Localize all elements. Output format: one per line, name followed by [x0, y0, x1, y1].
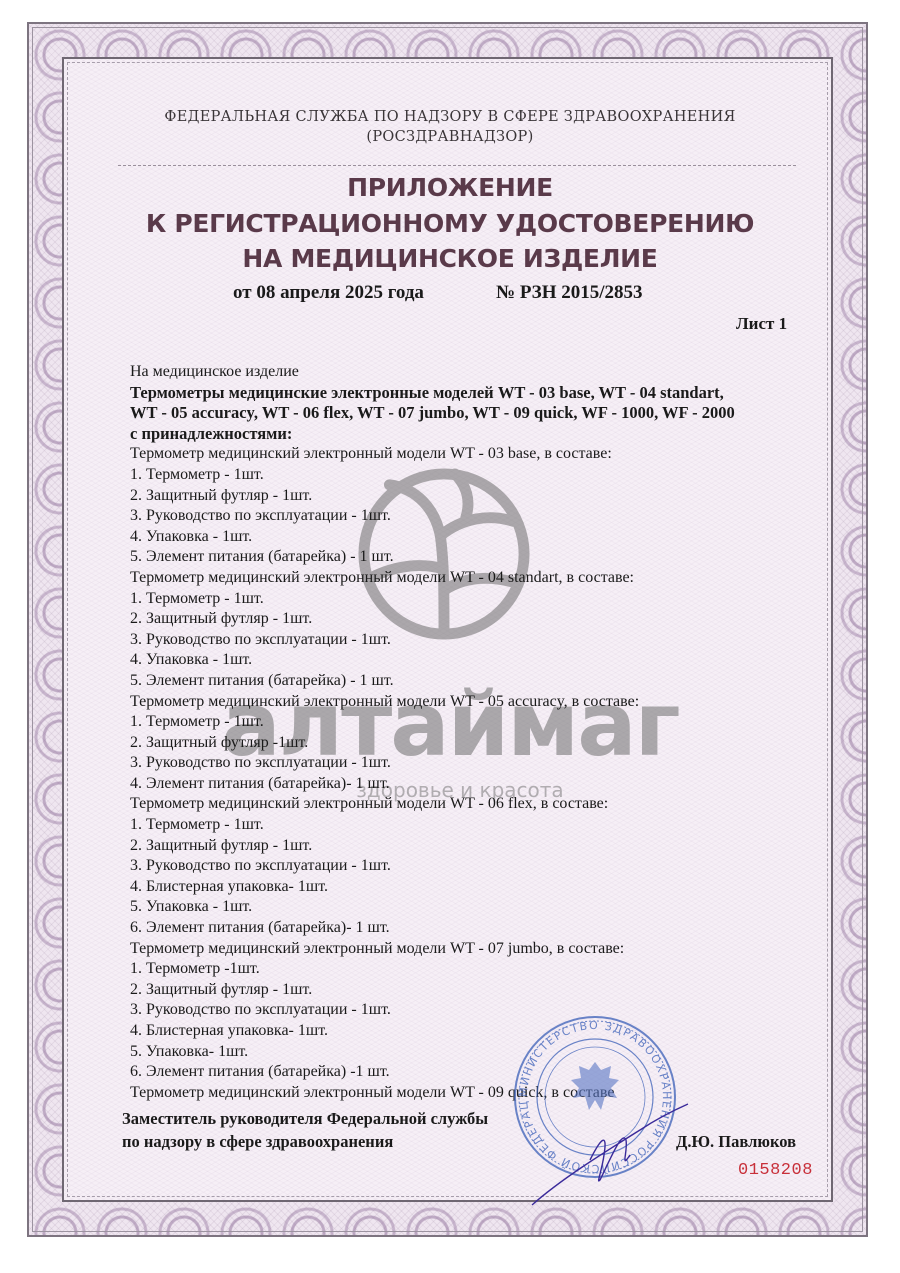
component-item: 4. Упаковка - 1шт.: [130, 650, 810, 671]
component-item: 6. Элемент питания (батарейка) -1 шт.: [130, 1062, 810, 1083]
component-item: 2. Защитный футляр - 1шт.: [130, 836, 810, 857]
component-item: 2. Защитный футляр - 1шт.: [130, 980, 810, 1001]
component-item: 1. Термометр - 1шт.: [130, 465, 810, 486]
product-line: с принадлежностями:: [130, 424, 810, 445]
component-item: 3. Руководство по эксплуатации - 1шт.: [130, 1000, 810, 1021]
component-item: 3. Руководство по эксплуатации - 1шт.: [130, 630, 810, 651]
model-heading: Термометр медицинский электронный модели…: [130, 794, 810, 815]
model-heading: Термометр медицинский электронный модели…: [130, 568, 810, 589]
component-item: 4. Элемент питания (батарейка)- 1 шт.: [130, 774, 810, 795]
product-line: Термометры медицинские электронные модел…: [130, 383, 810, 404]
component-item: 2. Защитный футляр -1шт.: [130, 733, 810, 754]
component-item: 1. Термометр - 1шт.: [130, 815, 810, 836]
model-heading: Термометр медицинский электронный модели…: [130, 692, 810, 713]
component-item: 5. Упаковка- 1шт.: [130, 1042, 810, 1063]
document-body: На медицинское изделие Термометры медици…: [130, 362, 810, 1103]
component-item: 4. Блистерная упаковка- 1шт.: [130, 877, 810, 898]
component-item: 1. Термометр -1шт.: [130, 959, 810, 980]
component-item: 2. Защитный футляр - 1шт.: [130, 609, 810, 630]
signatory-position-cont: по надзору в сфере здравоохранения: [122, 1131, 393, 1153]
component-item: 3. Руководство по эксплуатации - 1шт.: [130, 856, 810, 877]
component-item: 5. Элемент питания (батарейка) - 1 шт.: [130, 671, 810, 692]
component-item: 6. Элемент питания (батарейка)- 1 шт.: [130, 918, 810, 939]
sheet-number: Лист 1: [736, 314, 787, 334]
document-date: от 08 апреля 2025 года: [233, 282, 424, 304]
form-serial-number: 0158208: [738, 1161, 813, 1180]
component-item: 1. Термометр - 1шт.: [130, 589, 810, 610]
component-item: 5. Упаковка - 1шт.: [130, 897, 810, 918]
agency-name: ФЕДЕРАЛЬНАЯ СЛУЖБА ПО НАДЗОРУ В СФЕРЕ ЗД…: [0, 107, 900, 127]
model-list: Термометр медицинский электронный модели…: [130, 444, 810, 1103]
document-title-line3: НА МЕДИЦИНСКОЕ ИЗДЕЛИЕ: [0, 243, 900, 275]
component-item: 5. Элемент питания (батарейка) - 1 шт.: [130, 547, 810, 568]
intro-text: На медицинское изделие: [130, 362, 810, 383]
component-item: 4. Упаковка - 1шт.: [130, 527, 810, 548]
document-title-line1: ПРИЛОЖЕНИЕ: [0, 172, 900, 204]
signatory-name: Д.Ю. Павлюков: [676, 1131, 796, 1153]
component-item: 1. Термометр - 1шт.: [130, 712, 810, 733]
agency-abbreviation: (РОСЗДРАВНАДЗОР): [0, 127, 900, 147]
signatory-position: Заместитель руководителя Федеральной слу…: [122, 1108, 488, 1130]
component-item: 4. Блистерная упаковка- 1шт.: [130, 1021, 810, 1042]
component-item: 2. Защитный футляр - 1шт.: [130, 486, 810, 507]
component-item: 3. Руководство по эксплуатации - 1шт.: [130, 753, 810, 774]
header-divider: [118, 165, 796, 166]
product-line: WT - 05 accuracy, WT - 06 flex, WT - 07 …: [130, 403, 810, 424]
document-title-line2: К РЕГИСТРАЦИОННОМУ УДОСТОВЕРЕНИЮ: [0, 208, 900, 240]
model-heading: Термометр медицинский электронный модели…: [130, 1083, 810, 1104]
model-heading: Термометр медицинский электронный модели…: [130, 444, 810, 465]
model-heading: Термометр медицинский электронный модели…: [130, 939, 810, 960]
component-item: 3. Руководство по эксплуатации - 1шт.: [130, 506, 810, 527]
registration-number: № РЗН 2015/2853: [496, 282, 643, 304]
